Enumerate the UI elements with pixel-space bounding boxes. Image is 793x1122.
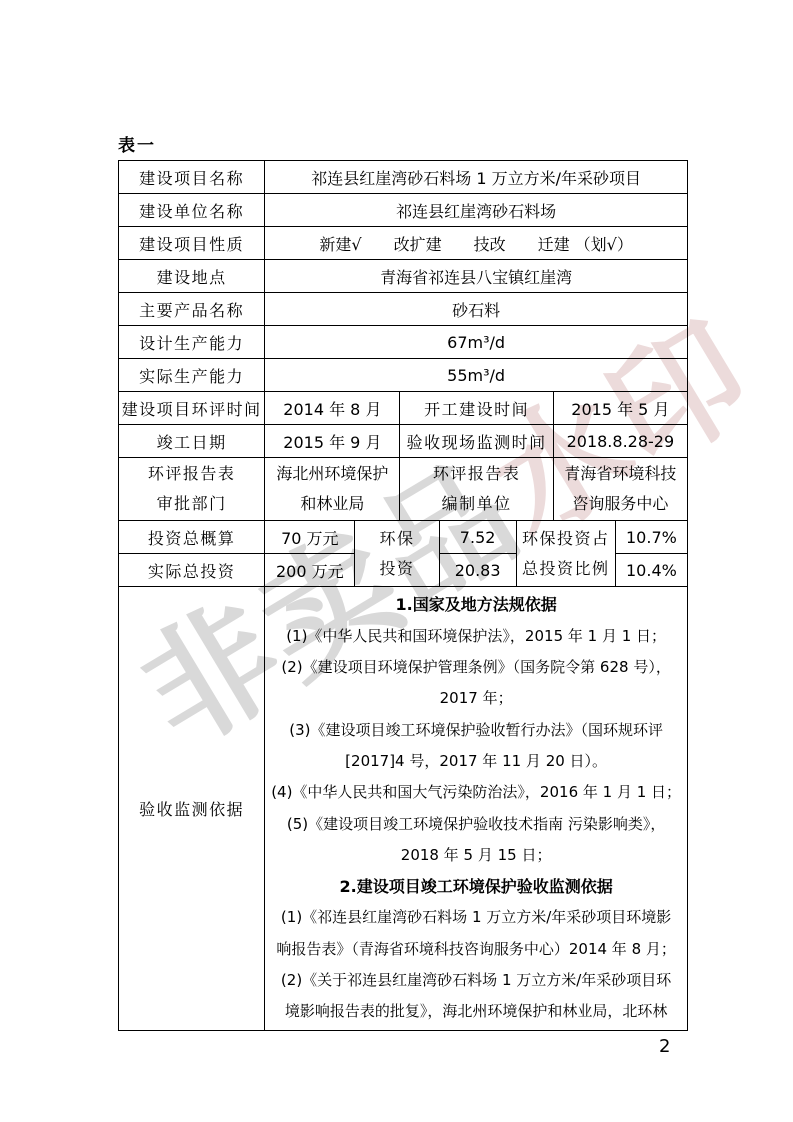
main-product-label: 主要产品名称 (119, 293, 265, 326)
investment-actual-label: 实际总投资 (119, 554, 265, 587)
unit-name-label: 建设单位名称 (119, 194, 265, 227)
basis-line: [2017]4 号，2017 年 11 月 20 日）。 (265, 746, 687, 777)
site-monitoring-time-label: 验收现场监测时间 (400, 425, 553, 458)
project-name-value: 祁连县红崖湾砂石料场 1 万立方米/年采砂项目 (265, 161, 688, 194)
report-compiler-value: 青海省环境科技 咨询服务中心 (553, 458, 687, 521)
row-actual-capacity: 实际生产能力 55m³/d (119, 359, 688, 392)
row-basis: 验收监测依据 1.国家及地方法规依据(1)《中华人民共和国环境保护法》，2015… (119, 587, 688, 1031)
basis-line: (5)《建设项目竣工环境保护验收技术指南 污染影响类》， (265, 809, 687, 840)
basis-line: (4)《中华人民共和国大气污染防治法》，2016 年 1 月 1 日； (265, 777, 687, 808)
eia-time-label: 建设项目环评时间 (119, 392, 265, 425)
construction-start-value: 2015 年 5 月 (553, 392, 687, 425)
location-label: 建设地点 (119, 260, 265, 293)
env-investment-ratio-label-line1: 环保投资占 (517, 524, 615, 554)
acceptance-report-table: 建设项目名称 祁连县红崖湾砂石料场 1 万立方米/年采砂项目 建设单位名称 祁连… (118, 160, 688, 1031)
completion-date-label: 竣工日期 (119, 425, 265, 458)
approval-dept-value: 海北州环境保护 和林业局 (265, 458, 400, 521)
basis-line: 2018 年 5 月 15 日； (265, 840, 687, 871)
design-capacity-value: 67m³/d (265, 326, 688, 359)
report-compiler-label-line1: 环评报告表 (400, 459, 552, 489)
row-project-name: 建设项目名称 祁连县红崖湾砂石料场 1 万立方米/年采砂项目 (119, 161, 688, 194)
row-eia-time: 建设项目环评时间 2014 年 8 月 开工建设时间 2015 年 5 月 (119, 392, 688, 425)
page-number: 2 (659, 1036, 670, 1057)
location-value: 青海省祁连县八宝镇红崖湾 (265, 260, 688, 293)
env-investment-label-line2: 投资 (355, 554, 438, 584)
investment-budget-label: 投资总概算 (119, 521, 265, 554)
row-design-capacity: 设计生产能力 67m³/d (119, 326, 688, 359)
basis-line: 2017 年； (265, 683, 687, 714)
design-capacity-label: 设计生产能力 (119, 326, 265, 359)
env-investment-label-line1: 环保 (355, 524, 438, 554)
approval-dept-label: 环评报告表 审批部门 (119, 458, 265, 521)
site-monitoring-time-value: 2018.8.28-29 (553, 425, 687, 458)
basis-content: 1.国家及地方法规依据(1)《中华人民共和国环境保护法》，2015 年 1 月 … (265, 589, 687, 1027)
report-compiler-value-line1: 青海省环境科技 (554, 459, 687, 489)
unit-name-value: 祁连县红崖湾砂石料场 (265, 194, 688, 227)
row-location: 建设地点 青海省祁连县八宝镇红崖湾 (119, 260, 688, 293)
report-compiler-label: 环评报告表 编制单位 (400, 458, 553, 521)
basis-cell: 1.国家及地方法规依据(1)《中华人民共和国环境保护法》，2015 年 1 月 … (265, 587, 688, 1031)
basis-line: (1)《中华人民共和国环境保护法》，2015 年 1 月 1 日； (265, 621, 687, 652)
row-approval: 环评报告表 审批部门 海北州环境保护 和林业局 环评报告表 编制单位 青海省环境… (119, 458, 688, 521)
row-completion: 竣工日期 2015 年 9 月 验收现场监测时间 2018.8.28-29 (119, 425, 688, 458)
approval-dept-value-line2: 和林业局 (265, 489, 399, 519)
actual-capacity-label: 实际生产能力 (119, 359, 265, 392)
basis-label: 验收监测依据 (119, 587, 265, 1031)
basis-line: 响报告表》（青海省环境科技咨询服务中心）2014 年 8 月； (265, 934, 687, 965)
row-investment-budget: 投资总概算 70 万元 环保 投资 7.52 环保投资占 总投资比例 10.7% (119, 521, 688, 554)
basis-line: (2)《建设项目环境保护管理条例》（国务院令第 628 号）， (265, 652, 687, 683)
env-investment-ratio-budget: 10.7% (615, 521, 687, 554)
basis-line: 2.建设项目竣工环境保护验收监测依据 (265, 871, 687, 902)
row-main-product: 主要产品名称 砂石料 (119, 293, 688, 326)
eia-time-value: 2014 年 8 月 (265, 392, 400, 425)
basis-line: (2)《关于祁连县红崖湾砂石料场 1 万立方米/年采砂项目环 (265, 965, 687, 996)
row-unit-name: 建设单位名称 祁连县红崖湾砂石料场 (119, 194, 688, 227)
env-investment-label: 环保 投资 (355, 521, 439, 587)
project-nature-label: 建设项目性质 (119, 227, 265, 260)
approval-dept-label-line2: 审批部门 (119, 489, 264, 519)
basis-line: 境影响报告表的批复》，海北州环境保护和林业局，北环林 (265, 996, 687, 1027)
document-page: 非卖品水印 表一 建设项目名称 祁连县红崖湾砂石料场 1 万立方米/年采砂项目 … (0, 0, 793, 1122)
basis-line: (3)《建设项目竣工环境保护验收暂行办法》（国环规环评 (265, 715, 687, 746)
investment-budget-value: 70 万元 (265, 521, 355, 554)
row-project-nature: 建设项目性质 新建√ 改扩建 技改 迁建 （划√） (119, 227, 688, 260)
project-name-label: 建设项目名称 (119, 161, 265, 194)
main-product-value: 砂石料 (265, 293, 688, 326)
basis-line: 1.国家及地方法规依据 (265, 589, 687, 620)
completion-date-value: 2015 年 9 月 (265, 425, 400, 458)
construction-start-label: 开工建设时间 (400, 392, 553, 425)
env-investment-actual-value: 20.83 (439, 554, 516, 587)
approval-dept-value-line1: 海北州环境保护 (265, 459, 399, 489)
project-nature-value: 新建√ 改扩建 技改 迁建 （划√） (265, 227, 688, 260)
table-title: 表一 (118, 131, 156, 156)
env-investment-budget-value: 7.52 (439, 521, 516, 554)
report-compiler-value-line2: 咨询服务中心 (554, 489, 687, 519)
basis-line: (1)《祁连县红崖湾砂石料场 1 万立方米/年采砂项目环境影 (265, 902, 687, 933)
env-investment-ratio-label-line2: 总投资比例 (517, 554, 615, 584)
actual-capacity-value: 55m³/d (265, 359, 688, 392)
report-compiler-label-line2: 编制单位 (400, 489, 552, 519)
investment-actual-value: 200 万元 (265, 554, 355, 587)
env-investment-ratio-label: 环保投资占 总投资比例 (516, 521, 615, 587)
approval-dept-label-line1: 环评报告表 (119, 459, 264, 489)
env-investment-ratio-actual: 10.4% (615, 554, 687, 587)
